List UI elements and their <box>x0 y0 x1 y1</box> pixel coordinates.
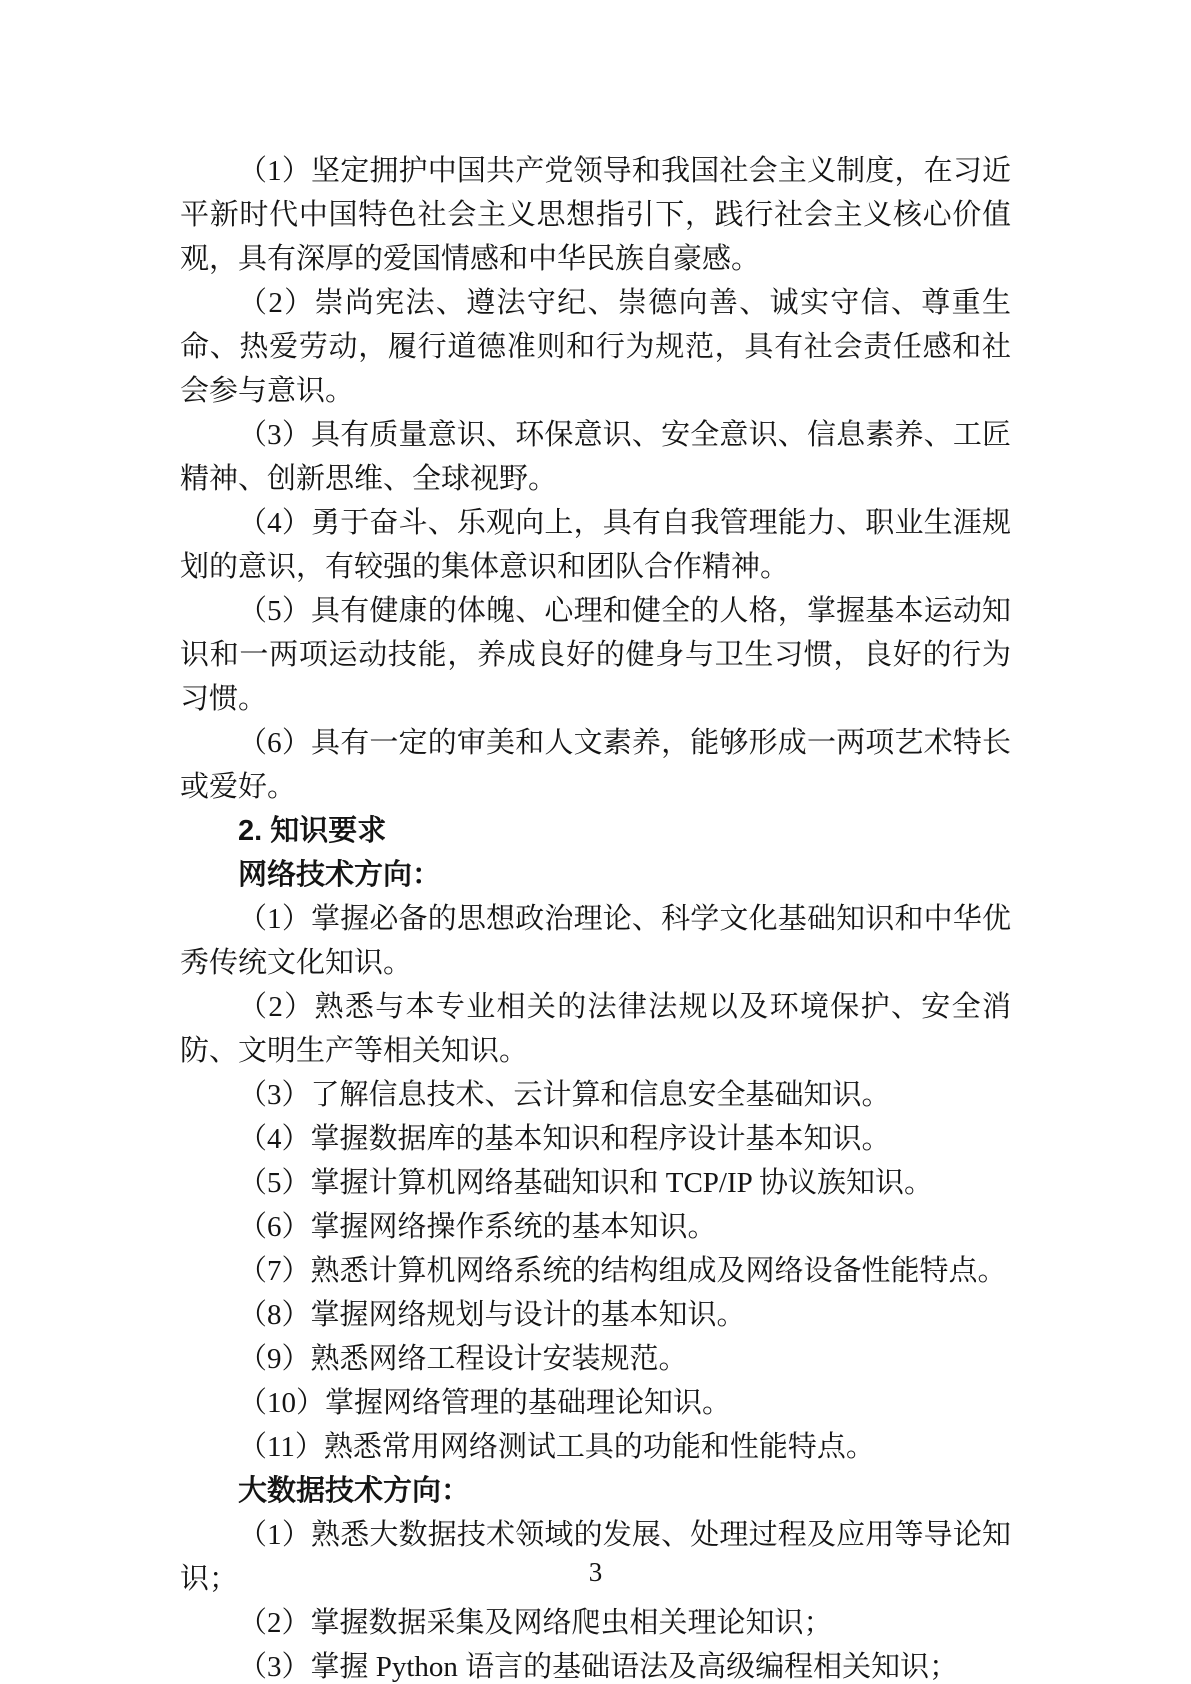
section-heading-8: 网络技术方向： <box>180 853 1011 897</box>
paragraph-23: （3）掌握 Python 语言的基础语法及高级编程相关知识； <box>180 1645 1011 1684</box>
paragraph-18: （10）掌握网络管理的基础理论知识。 <box>180 1381 1011 1425</box>
paragraph-11: （3）了解信息技术、云计算和信息安全基础知识。 <box>180 1073 1011 1117</box>
paragraph-4: （4）勇于奋斗、乐观向上，具有自我管理能力、职业生涯规划的意识，有较强的集体意识… <box>180 501 1011 589</box>
paragraph-9: （1）掌握必备的思想政治理论、科学文化基础知识和中华优秀传统文化知识。 <box>180 897 1011 985</box>
document-content: （1）坚定拥护中国共产党领导和我国社会主义制度，在习近平新时代中国特色社会主义思… <box>180 149 1011 1684</box>
paragraph-1: （1）坚定拥护中国共产党领导和我国社会主义制度，在习近平新时代中国特色社会主义思… <box>180 149 1011 281</box>
paragraph-10: （2）熟悉与本专业相关的法律法规以及环境保护、安全消防、文明生产等相关知识。 <box>180 985 1011 1073</box>
section-heading-20: 大数据技术方向： <box>180 1469 1011 1513</box>
paragraph-22: （2）掌握数据采集及网络爬虫相关理论知识； <box>180 1601 1011 1645</box>
paragraph-12: （4）掌握数据库的基本知识和程序设计基本知识。 <box>180 1117 1011 1161</box>
paragraph-2: （2）崇尚宪法、遵法守纪、崇德向善、诚实守信、尊重生命、热爱劳动，履行道德准则和… <box>180 281 1011 413</box>
page-number: 3 <box>589 1557 603 1587</box>
paragraph-17: （9）熟悉网络工程设计安装规范。 <box>180 1337 1011 1381</box>
paragraph-5: （5）具有健康的体魄、心理和健全的人格，掌握基本运动知识和一两项运动技能，养成良… <box>180 589 1011 721</box>
paragraph-14: （6）掌握网络操作系统的基本知识。 <box>180 1205 1011 1249</box>
document-page: （1）坚定拥护中国共产党领导和我国社会主义制度，在习近平新时代中国特色社会主义思… <box>0 0 1191 1684</box>
paragraph-6: （6）具有一定的审美和人文素养，能够形成一两项艺术特长或爱好。 <box>180 721 1011 809</box>
paragraph-13: （5）掌握计算机网络基础知识和 TCP/IP 协议族知识。 <box>180 1161 1011 1205</box>
page-footer: 3 <box>0 1552 1191 1592</box>
paragraph-3: （3）具有质量意识、环保意识、安全意识、信息素养、工匠精神、创新思维、全球视野。 <box>180 413 1011 501</box>
paragraph-15: （7）熟悉计算机网络系统的结构组成及网络设备性能特点。 <box>180 1249 1011 1293</box>
paragraph-19: （11）熟悉常用网络测试工具的功能和性能特点。 <box>180 1425 1011 1469</box>
paragraph-16: （8）掌握网络规划与设计的基本知识。 <box>180 1293 1011 1337</box>
section-heading-7: 2. 知识要求 <box>180 809 1011 853</box>
